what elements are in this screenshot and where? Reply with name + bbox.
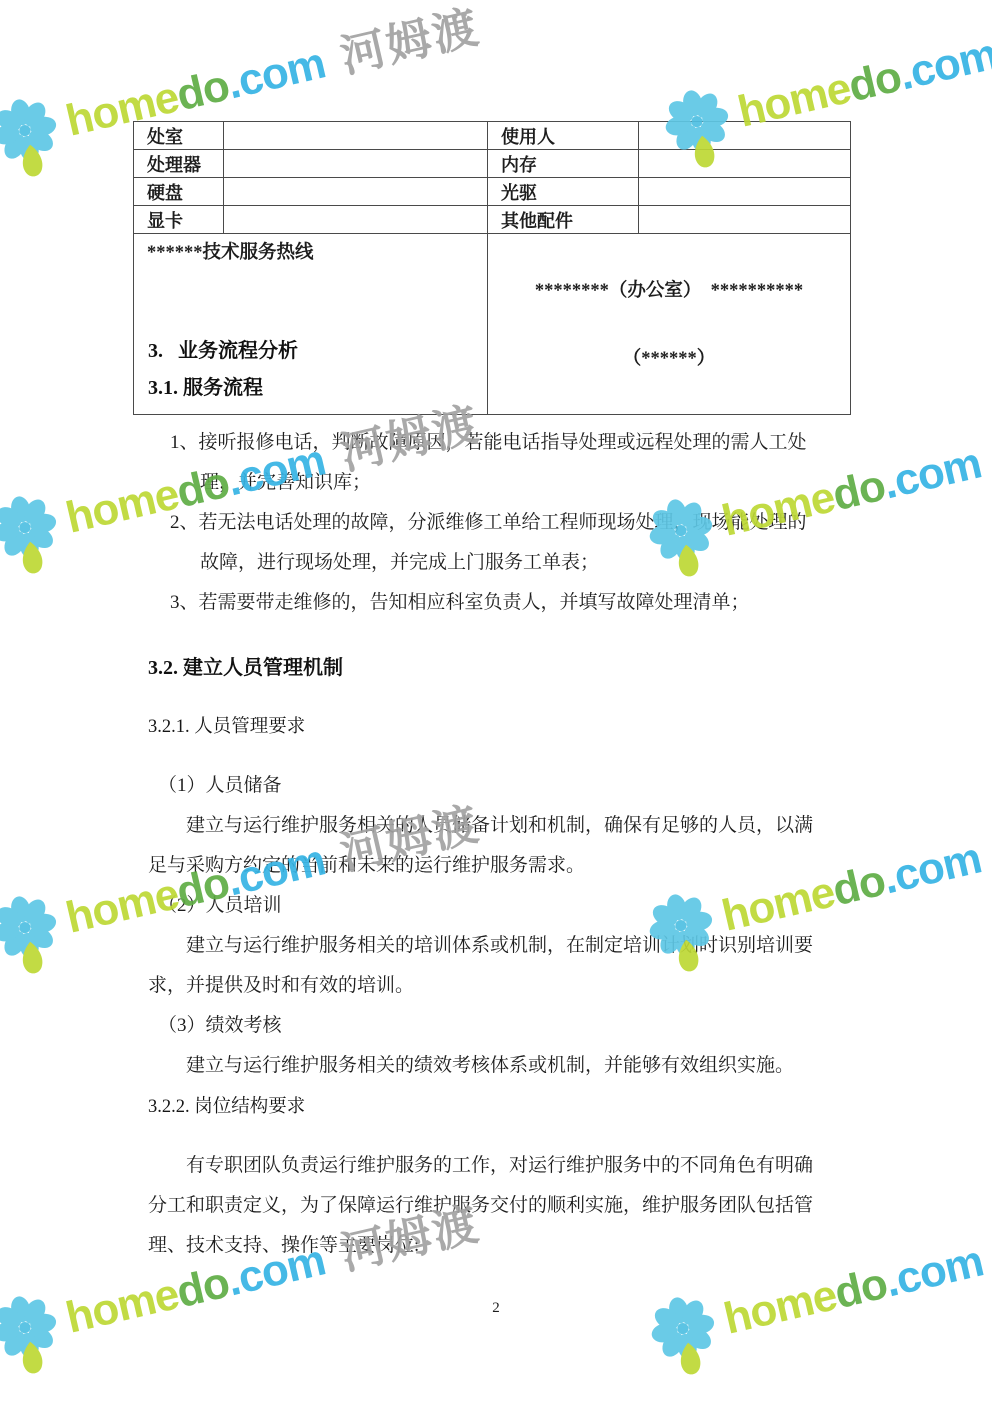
hotline-value-line1: ********（办公室） **********	[488, 278, 850, 304]
heading-section-3-2-2: 3.2.2. 岗位结构要求	[148, 1094, 305, 1121]
brand-text-home: home	[718, 870, 838, 938]
heading-section-3-1: 3.1. 服务流程	[148, 375, 263, 402]
table-cell-value	[639, 206, 851, 234]
table-row: 处理器 内存	[134, 150, 851, 178]
heading-section-3-2-1: 3.2.1. 人员管理要求	[148, 714, 305, 741]
list-item-1-line2: 理，并完善知识库；	[200, 469, 371, 496]
table-cell-label: 内存	[488, 150, 639, 178]
list-item-2-line2: 故障，进行现场处理，并完成上门服务工单表；	[200, 549, 599, 576]
table-cell-value	[224, 206, 488, 234]
paragraph-322-line3: 理、技术支持、操作等主要岗位:	[148, 1232, 419, 1259]
brand-watermark-text: homedo.com河姆渡	[62, 1201, 484, 1341]
page-number: 2	[0, 1300, 992, 1317]
table-cell-label: 处理器	[134, 150, 224, 178]
flower-logo-icon	[0, 885, 69, 986]
brand-watermark-text: homedo.com河姆渡	[734, 0, 992, 135]
table-cell-value	[224, 122, 488, 150]
subsection-1-title: （1）人员储备	[158, 772, 282, 799]
table-cell-label: 硬盘	[134, 178, 224, 206]
brand-text-do: do	[829, 859, 889, 914]
document-page: 处室 使用人 处理器 内存 硬盘 光驱 显卡 其他配件	[0, 0, 992, 1403]
hotline-value: ********（办公室） ********** （******）	[488, 234, 851, 415]
table-cell-label: 使用人	[488, 122, 639, 150]
brand-text-home: home	[62, 472, 182, 540]
paragraph-322-line1: 有专职团队负责运行维护服务的工作，对运行维护服务中的不同角色有明确	[186, 1152, 813, 1179]
table-cell-value	[224, 178, 488, 206]
hotline-value-line2: （******）	[488, 346, 850, 372]
table-row: 硬盘 光驱	[134, 178, 851, 206]
subsection-3-title: （3）绩效考核	[158, 1012, 282, 1039]
brand-text-com: .com	[223, 42, 329, 107]
table-cell-value	[224, 150, 488, 178]
brand-watermark-text: homedo.com河姆渡	[720, 1202, 992, 1342]
equipment-info-table: 处室 使用人 处理器 内存 硬盘 光驱 显卡 其他配件	[133, 121, 850, 415]
table-cell-label: 其他配件	[488, 206, 639, 234]
table-cell-label: 光驱	[488, 178, 639, 206]
table-cell-value	[639, 122, 851, 150]
list-item-1-line1: 1、接听报修电话，判断故障原因，若能电话指导处理或远程处理的需人工处	[170, 429, 807, 456]
brand-text-do: do	[173, 64, 233, 119]
table-row: 处室 使用人	[134, 122, 851, 150]
subsection-1-line1: 建立与运行维护服务相关的人员储备计划和机制，确保有足够的人员，以满	[186, 812, 813, 839]
flower-logo-icon	[0, 88, 69, 189]
brand-text-cn: 河姆渡	[336, 4, 484, 80]
table-cell-value	[639, 150, 851, 178]
flower-logo-icon	[641, 488, 725, 589]
brand-text-com: .com	[895, 33, 992, 98]
subsection-2-line2: 求，并提供及时和有效的培训。	[148, 972, 414, 999]
table-cell-label: 显卡	[134, 206, 224, 234]
subsection-1-line2: 足与采购方约定的当前和未来的运行维护服务需求。	[148, 852, 585, 879]
heading-section-3-2: 3.2. 建立人员管理机制	[148, 655, 343, 682]
list-item-2-line1: 2、若无法电话处理的故障，分派维修工单给工程师现场处理，现场能处理的	[170, 509, 807, 536]
list-item-3-line1: 3、若需要带走维修的，告知相应科室负责人，并填写故障处理清单；	[170, 589, 750, 616]
brand-text-com: .com	[881, 1240, 987, 1305]
brand-text-com: .com	[879, 442, 985, 507]
brand-watermark: homedo.com河姆渡	[641, 391, 992, 589]
brand-text-do: do	[845, 55, 905, 110]
paragraph-322-line2: 分工和职责定义，为了保障运行维护服务交付的顺利实施，维护服务团队包括管	[148, 1192, 813, 1219]
table-cell-value	[639, 178, 851, 206]
table-cell-label: 处室	[134, 122, 224, 150]
heading-section-3: 3. 业务流程分析	[148, 338, 298, 365]
flower-logo-icon	[0, 485, 69, 586]
subsection-2-title: （2）人员培训	[158, 892, 282, 919]
brand-text-com: .com	[879, 837, 985, 902]
brand-text-do: do	[829, 464, 889, 519]
table-row: 显卡 其他配件	[134, 206, 851, 234]
subsection-2-line1: 建立与运行维护服务相关的培训体系或机制，在制定培训计划时识别培训要	[186, 932, 813, 959]
subsection-3-line1: 建立与运行维护服务相关的绩效考核体系或机制，并能够有效组织实施。	[186, 1052, 794, 1079]
